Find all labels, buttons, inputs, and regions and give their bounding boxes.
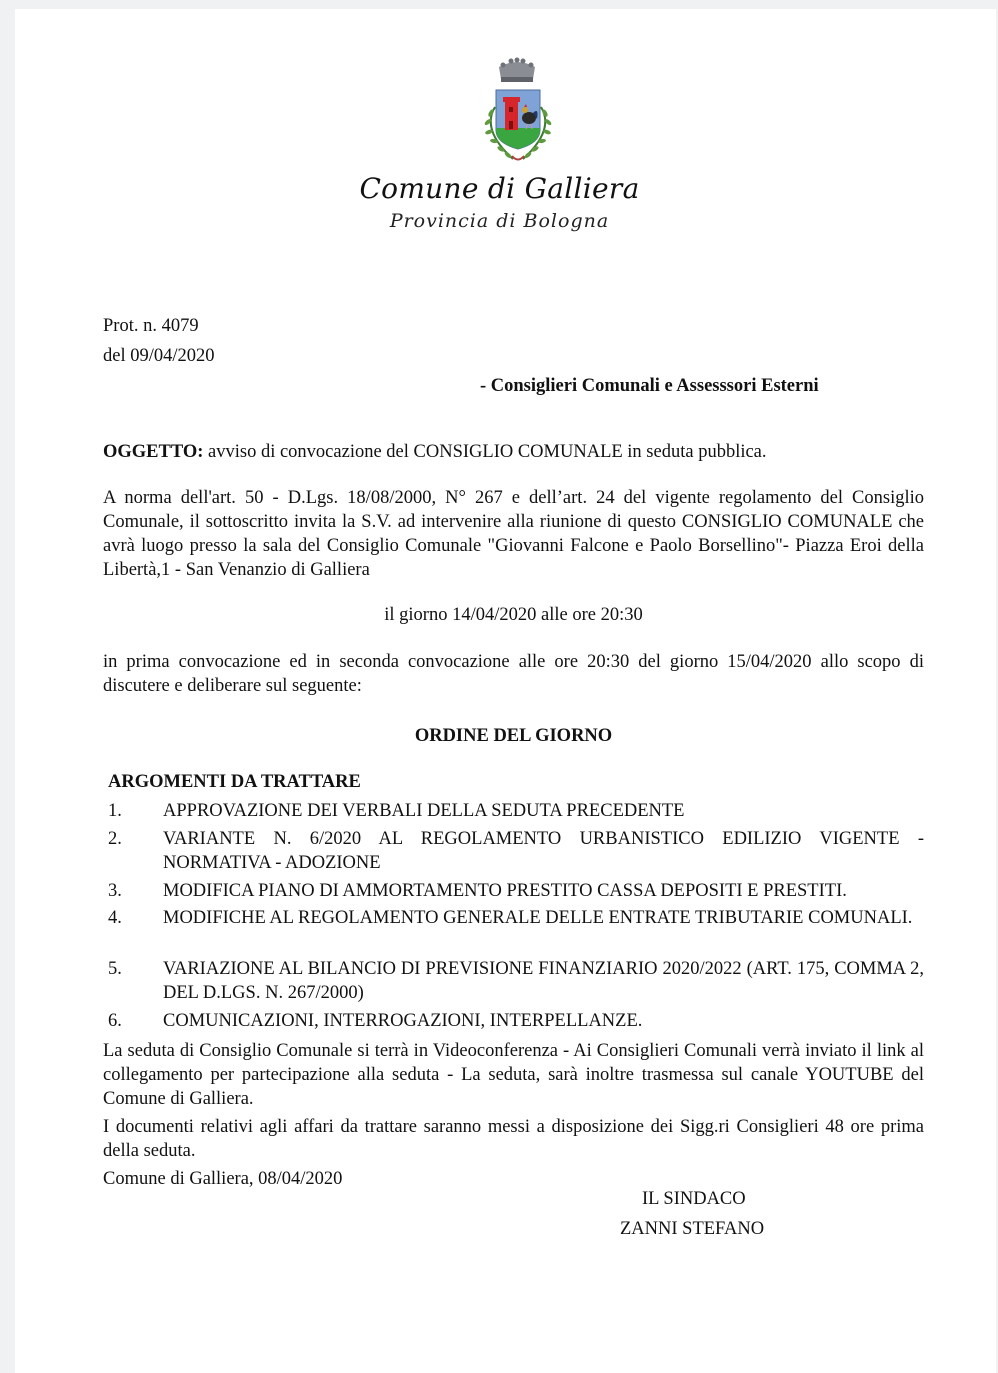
agenda-item-number: 4. xyxy=(108,906,122,930)
meeting-date-line: il giorno 14/04/2020 alle ore 20:30 xyxy=(103,603,924,627)
agenda-item-text: MODIFICA PIANO DI AMMORTAMENTO PRESTITO … xyxy=(163,879,924,903)
subject-line: OGGETTO: avviso di convocazione del CONS… xyxy=(103,440,767,464)
signatory-role: IL SINDACO xyxy=(642,1187,746,1211)
agenda-subtitle: ARGOMENTI DA TRATTARE xyxy=(108,770,361,794)
videoconference-note: La seduta di Consiglio Comunale si terrà… xyxy=(103,1039,924,1111)
coat-of-arms-icon xyxy=(455,55,579,165)
recipient-line: - Consiglieri Comunali e Assesssori Este… xyxy=(480,374,819,398)
agenda-item-text: VARIAZIONE AL BILANCIO DI PREVISIONE FIN… xyxy=(163,957,924,1005)
agenda-title: ORDINE DEL GIORNO xyxy=(103,724,924,748)
subject-label: OGGETTO: xyxy=(103,442,203,462)
protocol-number: Prot. n. 4079 xyxy=(103,314,199,338)
place-and-date: Comune di Galliera, 08/04/2020 xyxy=(103,1167,342,1191)
agenda-item-number: 2. xyxy=(108,827,122,851)
second-call-paragraph: in prima convocazione ed in seconda conv… xyxy=(103,650,924,698)
signatory-name: ZANNI STEFANO xyxy=(620,1217,764,1241)
agenda-item-text: APPROVAZIONE DEI VERBALI DELLA SEDUTA PR… xyxy=(163,799,924,823)
document-page: Comune di Galliera Provincia di Bologna … xyxy=(15,9,996,1373)
agenda-item-number: 6. xyxy=(108,1009,122,1033)
agenda-item-text: VARIANTE N. 6/2020 AL REGOLAMENTO URBANI… xyxy=(163,827,924,875)
intro-paragraph: A norma dell'art. 50 - D.Lgs. 18/08/2000… xyxy=(103,486,924,582)
subject-text: avviso di convocazione del CONSIGLIO COM… xyxy=(203,442,766,462)
province-subtitle: Provincia di Bologna xyxy=(9,210,990,232)
documents-note: I documenti relativi agli affari da trat… xyxy=(103,1115,924,1163)
agenda-item-text: COMUNICAZIONI, INTERROGAZIONI, INTERPELL… xyxy=(163,1009,924,1033)
agenda-item-number: 1. xyxy=(108,799,122,823)
agenda-item-text: MODIFICHE AL REGOLAMENTO GENERALE DELLE … xyxy=(163,906,924,930)
agenda-item-number: 5. xyxy=(108,957,122,981)
agenda-item-number: 3. xyxy=(108,879,122,903)
municipality-title: Comune di Galliera xyxy=(9,172,990,205)
protocol-date: del 09/04/2020 xyxy=(103,344,215,368)
